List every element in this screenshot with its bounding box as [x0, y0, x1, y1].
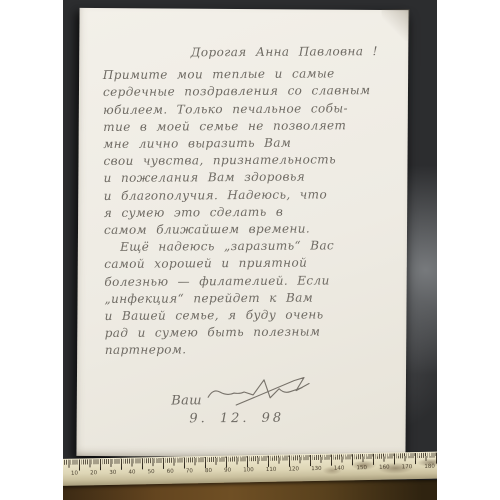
letter-paragraph-1: Примите мои теплые и самыесердечные позд…: [103, 65, 399, 239]
ruler-number: 70: [186, 468, 193, 474]
letter-line: свои чувства, признательность: [103, 151, 398, 170]
ruler-number: 170: [402, 464, 413, 470]
ruler-number: 90: [224, 468, 231, 474]
letter-paper: Дорогая Анна Павловна ! Примите мои тепл…: [76, 8, 408, 458]
letter-line: Ещё надеюсь „заразить“ Вас: [104, 237, 399, 256]
letter-date: 9. 12. 98: [189, 409, 400, 428]
letter-line: тие в моей семье не позволяет: [103, 117, 398, 136]
photo-letterbox: Дорогая Анна Павловна ! Примите мои тепл…: [0, 0, 500, 500]
ruler-number: 160: [379, 465, 390, 471]
ruler-number: 40: [128, 469, 135, 475]
signature-text: Ваш: [171, 393, 202, 410]
ruler-number: 20: [90, 470, 97, 476]
letter-line: и Вашей семье, я буду очень: [105, 306, 400, 325]
ruler-number: 180: [424, 464, 435, 470]
letter-salutation: Дорогая Анна Павловна !: [191, 43, 398, 62]
ruler-number: 80: [205, 468, 212, 474]
letter-line: болезнью — филателией. Если: [104, 272, 399, 291]
ruler-number: 100: [243, 467, 254, 473]
ruler-number: 120: [288, 466, 299, 472]
letter-paragraph-2: Ещё надеюсь „заразить“ Вассамой хорошей …: [104, 237, 400, 359]
letter-line: самом ближайшем времени.: [104, 220, 399, 239]
letter-line: и пожелания Вам здоровья: [104, 168, 399, 187]
signature-row: Ваш: [171, 375, 400, 411]
ruler-number: 60: [167, 469, 174, 475]
signature-flourish-icon: [206, 375, 318, 410]
letter-line: и благополучия. Надеюсь, что: [104, 186, 399, 205]
letter-line: Примите мои теплые и самые: [103, 65, 398, 84]
ruler-number: 140: [334, 465, 345, 471]
letter-line: „инфекция“ перейдет к Вам: [104, 289, 399, 308]
letter-text: Дорогая Анна Павловна ! Примите мои тепл…: [76, 8, 408, 458]
letter-line: я сумею это сделать в: [104, 203, 399, 222]
letter-line: рад и сумею быть полезным: [105, 323, 400, 342]
ruler-number: 50: [148, 469, 155, 475]
letter-line: мне лично выразить Вам: [103, 134, 398, 153]
letter-line: самой хорошей и приятной: [104, 254, 399, 273]
ruler-number: 110: [266, 467, 277, 473]
ruler-number: 150: [356, 465, 367, 471]
ruler-number: 130: [311, 466, 322, 472]
ruler-number: 10: [71, 471, 78, 477]
ruler-number: 30: [109, 470, 116, 476]
letter-line: сердечные поздравления со славным: [103, 82, 398, 101]
letter-line: юбилеем. Только печальное собы-: [103, 100, 398, 119]
letter-line: партнером.: [105, 340, 400, 359]
letter-photo: Дорогая Анна Павловна ! Примите мои тепл…: [63, 0, 437, 500]
